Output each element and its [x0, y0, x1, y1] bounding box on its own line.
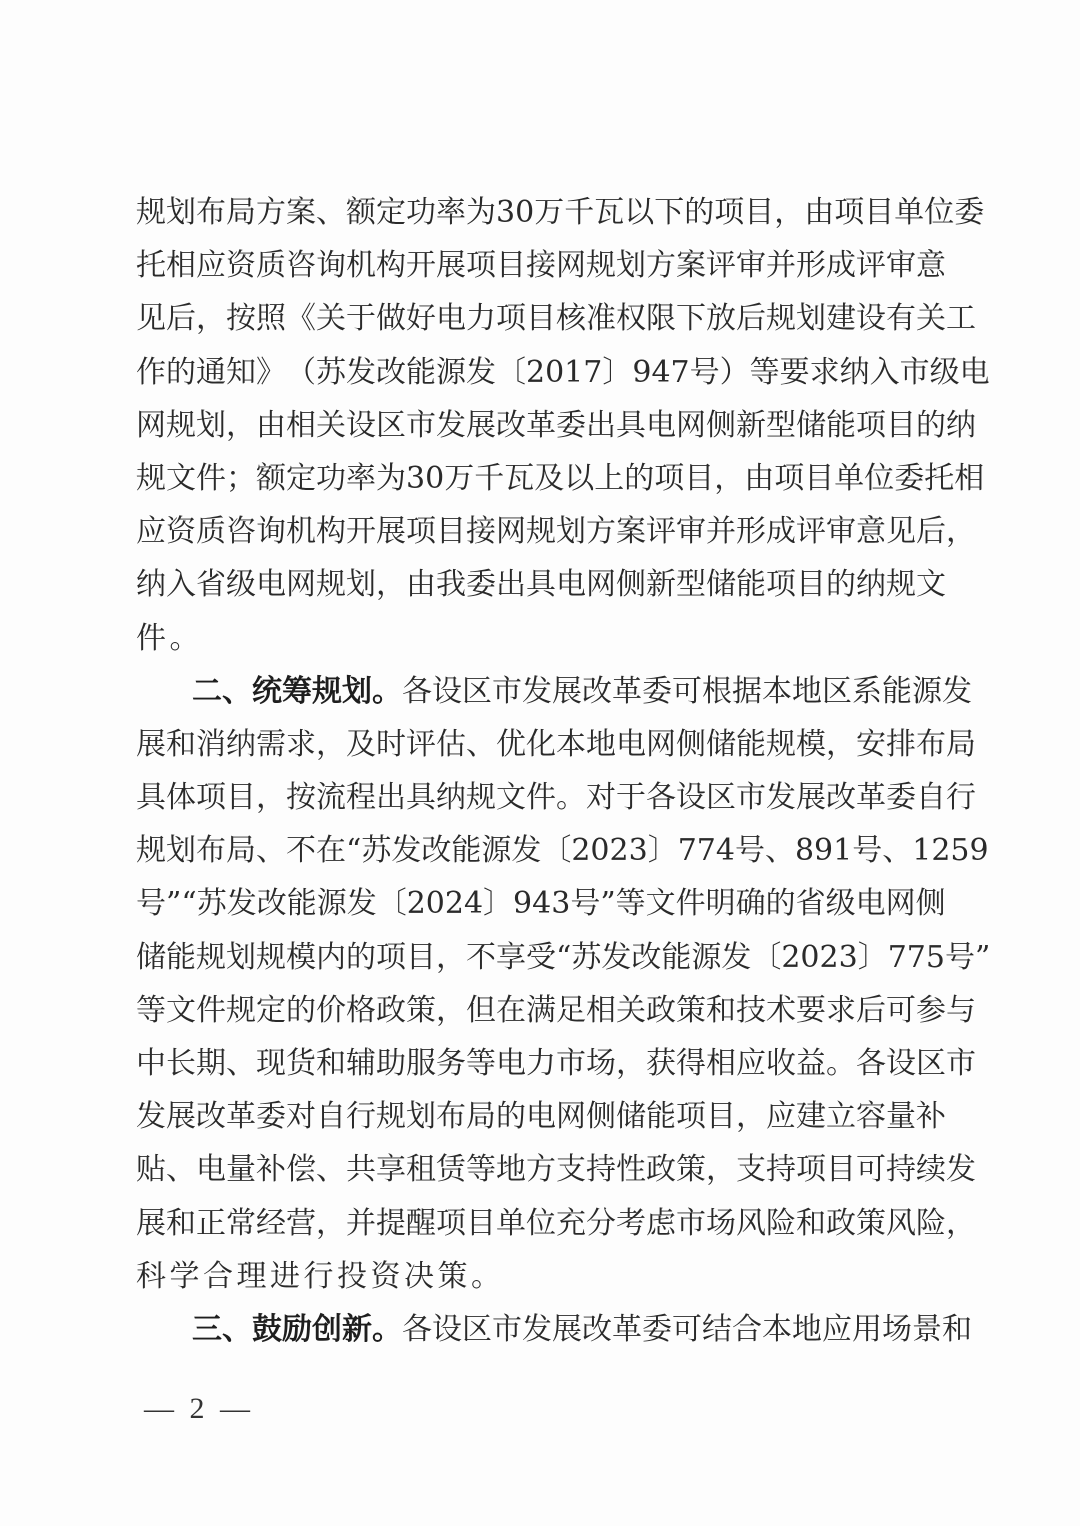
text-glyph: 应	[736, 1037, 766, 1090]
text-glyph: 设	[886, 1037, 916, 1090]
text-glyph: 展	[376, 505, 406, 558]
text-glyph: 应	[136, 505, 166, 558]
text-glyph: 案	[676, 239, 706, 292]
section-heading: 创	[312, 1303, 342, 1356]
text-glyph: 布	[436, 1090, 466, 1143]
text-glyph: 持	[586, 1143, 616, 1196]
text-glyph: 意	[856, 505, 886, 558]
text-glyph: ，	[706, 1143, 736, 1196]
text-line: 中长期、现货和辅助服务等电力市场，获得相应收益。各设区市	[136, 1037, 944, 1090]
text-glyph: 投	[337, 1250, 367, 1303]
text-glyph: 件	[526, 771, 556, 824]
text-glyph: 能	[661, 931, 691, 984]
text-glyph: 充	[556, 1197, 586, 1250]
text-glyph: 革	[856, 771, 886, 824]
text-glyph: 革	[612, 1303, 642, 1356]
text-glyph: 建	[796, 1090, 826, 1143]
text-glyph: 网	[646, 718, 676, 771]
text-glyph: 改	[376, 346, 406, 399]
text-line: 号”“苏发改能源发〔2024〕943号”等文件明确的省级电网侧	[136, 877, 944, 930]
text-glyph: 确	[736, 877, 766, 930]
text-glyph: 术	[766, 984, 796, 1037]
text-glyph: 目	[796, 558, 826, 611]
text-glyph: 享	[496, 931, 526, 984]
text-glyph: 在	[316, 824, 346, 877]
text-glyph: 关	[616, 984, 646, 1037]
text-glyph: 理	[237, 1250, 267, 1303]
text-glyph: 询	[316, 239, 346, 292]
text-glyph: 苏	[571, 931, 601, 984]
text-glyph: 接	[466, 505, 496, 558]
text-glyph: 市	[946, 1037, 976, 1090]
text-glyph: 消	[196, 718, 226, 771]
text-glyph: 级	[930, 346, 960, 399]
text-glyph: 电	[646, 399, 676, 452]
text-glyph: ”	[975, 931, 990, 984]
text-glyph: 规	[886, 558, 916, 611]
text-glyph: 展	[166, 1090, 196, 1143]
text-glyph: 目	[466, 1197, 496, 1250]
text-glyph: 新	[646, 558, 676, 611]
text-glyph: 质	[196, 505, 226, 558]
text-glyph: 发	[766, 771, 796, 824]
text-glyph: 千	[564, 186, 594, 239]
text-glyph: 规	[196, 931, 226, 984]
text-glyph: 助	[376, 1037, 406, 1090]
text-glyph: 模	[796, 718, 826, 771]
text-glyph: 系	[852, 665, 882, 718]
text-glyph: 网	[496, 505, 526, 558]
text-glyph: 〔	[496, 346, 526, 399]
text-glyph: 网	[886, 877, 916, 930]
text-glyph: 我	[436, 558, 466, 611]
text-glyph: 知	[226, 346, 256, 399]
text-glyph: 不	[286, 824, 316, 877]
text-glyph: 具	[616, 399, 646, 452]
text-glyph: 。	[170, 612, 200, 665]
text-glyph: 规	[526, 505, 556, 558]
text-glyph: 的	[766, 877, 796, 930]
text-glyph: 价	[316, 984, 346, 1037]
text-glyph: 文	[916, 558, 946, 611]
text-glyph: 划	[556, 505, 586, 558]
text-glyph: 设	[346, 399, 376, 452]
text-glyph: 后	[856, 984, 886, 1037]
text-glyph: 、	[765, 824, 795, 877]
text-glyph: 关	[316, 292, 346, 345]
text-glyph: 地	[586, 718, 616, 771]
text-glyph: 等	[136, 984, 166, 1037]
section-heading: 筹	[282, 665, 312, 718]
text-glyph: 苏	[361, 824, 391, 877]
text-glyph: 成	[766, 505, 796, 558]
text-glyph: 改	[196, 1090, 226, 1143]
text-glyph: 的	[916, 399, 946, 452]
text-glyph: 行	[346, 1090, 376, 1143]
text-glyph: 地	[792, 1303, 822, 1356]
section-heading-line: 二、统筹规划。各设区市发展改革委可根据本地区系能源发	[136, 665, 944, 718]
text-glyph: 发	[601, 931, 631, 984]
text-glyph: 案	[286, 186, 316, 239]
text-glyph: 774	[678, 824, 735, 877]
text-glyph: 常	[226, 1197, 256, 1250]
text-glyph: （	[286, 346, 316, 399]
text-glyph: 质	[256, 239, 286, 292]
section-heading: 三	[192, 1303, 222, 1356]
text-glyph: 形	[736, 505, 766, 558]
text-glyph: 分	[586, 1197, 616, 1250]
text-glyph: 机	[346, 239, 376, 292]
text-glyph: 的	[684, 186, 714, 239]
text-glyph: 地	[792, 665, 822, 718]
text-glyph: 〕	[483, 877, 513, 930]
text-glyph: 规	[466, 771, 496, 824]
text-glyph: 享	[376, 1143, 406, 1196]
text-glyph: 侧	[676, 718, 706, 771]
text-line: 应资质咨询机构开展项目接网规划方案评审并形成评审意见后，	[136, 505, 944, 558]
text-glyph: 划	[196, 399, 226, 452]
text-glyph: 目	[706, 1090, 736, 1143]
text-glyph: 项	[496, 292, 526, 345]
text-glyph: 能	[406, 346, 436, 399]
text-glyph: 市	[492, 665, 522, 718]
text-glyph: 策	[406, 984, 436, 1037]
text-glyph: 项	[654, 452, 684, 505]
text-glyph: 程	[346, 771, 376, 824]
text-line: 作的通知》（苏发改能源发〔2017〕947号）等要求纳入市级电	[136, 346, 944, 399]
text-glyph: 发	[946, 1143, 976, 1196]
text-glyph: 、	[256, 824, 286, 877]
text-glyph: ，	[376, 558, 406, 611]
section-heading-line: 三、鼓励创新。各设区市发展改革委可结合本地应用场景和	[136, 1303, 944, 1356]
text-line: 展和消纳需求，及时评估、优化本地电网侧储能规模，安排布局	[136, 718, 944, 771]
text-glyph: 划	[166, 824, 196, 877]
text-glyph: 开	[346, 505, 376, 558]
text-glyph: 电	[960, 346, 990, 399]
text-glyph: 纳	[136, 558, 166, 611]
text-glyph: 按	[286, 771, 316, 824]
text-glyph: 对	[286, 1090, 316, 1143]
text-glyph: 体	[166, 771, 196, 824]
text-glyph: ，	[774, 186, 804, 239]
text-glyph: 布	[196, 824, 226, 877]
text-glyph: 规	[376, 1090, 406, 1143]
text-glyph: 持	[886, 1143, 916, 1196]
text-glyph: 各	[856, 1037, 886, 1090]
text-glyph: 技	[736, 984, 766, 1037]
text-glyph: 发	[942, 665, 972, 718]
text-glyph: 场	[882, 1303, 912, 1356]
text-glyph: 合	[732, 1303, 762, 1356]
text-line: 托相应资质咨询机构开展项目接网规划方案评审并形成评审意	[136, 239, 944, 292]
text-glyph: 设	[432, 1303, 462, 1356]
text-glyph: 政	[646, 1143, 676, 1196]
text-glyph: 电	[436, 292, 466, 345]
text-glyph: 发	[522, 1303, 552, 1356]
text-glyph: 有	[886, 292, 916, 345]
document-page: 规划布局方案、额定功率为30万千瓦以下的项目，由项目单位委托相应资质咨询机构开展…	[0, 0, 1080, 1526]
text-glyph: 考	[616, 1197, 646, 1250]
text-glyph: 件	[676, 877, 706, 930]
text-glyph: 市	[736, 771, 766, 824]
text-glyph: 文	[646, 877, 676, 930]
text-glyph: 案	[616, 505, 646, 558]
text-glyph: 自	[916, 771, 946, 824]
text-glyph: 单	[894, 186, 924, 239]
text-glyph: 展	[552, 1303, 582, 1356]
text-glyph: 新	[736, 399, 766, 452]
text-glyph: 额	[256, 452, 286, 505]
text-glyph: 虑	[646, 1197, 676, 1250]
text-glyph: 估	[436, 718, 466, 771]
text-glyph: 权	[616, 292, 646, 345]
text-glyph: 的	[624, 452, 654, 505]
text-glyph: 醒	[406, 1197, 436, 1250]
text-glyph: 政	[376, 984, 406, 1037]
text-glyph: 后	[736, 292, 766, 345]
text-glyph: 革	[226, 1090, 256, 1143]
text-glyph: 电	[856, 877, 886, 930]
text-glyph: 各	[402, 665, 432, 718]
text-glyph: 务	[436, 1037, 466, 1090]
text-glyph: ，	[436, 931, 466, 984]
text-glyph: 委	[556, 399, 586, 452]
text-glyph: 〔	[751, 931, 781, 984]
text-glyph: 电	[616, 718, 646, 771]
text-glyph: 展	[436, 239, 466, 292]
text-glyph: 储	[706, 558, 736, 611]
text-glyph: 安	[856, 718, 886, 771]
text-glyph: 发	[346, 346, 376, 399]
text-glyph: 率	[346, 452, 376, 505]
text-glyph: ”	[600, 877, 615, 930]
text-glyph: 目	[744, 186, 774, 239]
text-glyph: 策	[438, 1250, 468, 1303]
text-glyph: 设	[432, 665, 462, 718]
text-glyph: 但	[466, 984, 496, 1037]
text-glyph: 后	[916, 505, 946, 558]
text-glyph: 关	[916, 292, 946, 345]
text-glyph: ，	[316, 718, 346, 771]
text-glyph: 局	[226, 824, 256, 877]
text-glyph: 区	[706, 771, 736, 824]
text-glyph: 量	[226, 1143, 256, 1196]
text-glyph: 等	[466, 1143, 496, 1196]
text-glyph: 下	[654, 186, 684, 239]
text-glyph: 》	[256, 346, 286, 399]
text-glyph: 做	[376, 292, 406, 345]
text-glyph: 按	[226, 292, 256, 345]
text-glyph: 改	[496, 399, 526, 452]
text-glyph: 开	[406, 239, 436, 292]
text-glyph: 划	[406, 1090, 436, 1143]
text-glyph: 区	[462, 665, 492, 718]
text-glyph: 储	[706, 718, 736, 771]
text-glyph: 委	[642, 665, 672, 718]
text-glyph: 期	[196, 1037, 226, 1090]
text-glyph: 项	[856, 399, 886, 452]
text-glyph: 件	[196, 984, 226, 1037]
text-glyph: 项	[766, 558, 796, 611]
text-glyph: 定	[286, 452, 316, 505]
text-glyph: 策	[676, 984, 706, 1037]
text-line: 发展改革委对自行规划布局的电网侧储能项目，应建立容量补	[136, 1090, 944, 1143]
text-glyph: 在	[496, 984, 526, 1037]
text-glyph: 接	[526, 239, 556, 292]
text-glyph: 改	[582, 1303, 612, 1356]
text-glyph: 目	[226, 771, 256, 824]
text-glyph: 足	[556, 984, 586, 1037]
text-glyph: 侧	[916, 877, 946, 930]
text-glyph: 、	[226, 1037, 256, 1090]
text-glyph: 展	[136, 718, 166, 771]
text-glyph: 支	[556, 1143, 586, 1196]
text-glyph: ，	[736, 1090, 766, 1143]
document-body: 规划布局方案、额定功率为30万千瓦以下的项目，由项目单位委托相应资质咨询机构开展…	[136, 186, 944, 1356]
text-glyph: 可	[856, 1143, 886, 1196]
text-glyph: 纳	[226, 718, 256, 771]
text-glyph: 根	[702, 665, 732, 718]
text-glyph: 规	[766, 292, 796, 345]
text-glyph: 项	[406, 505, 436, 558]
text-glyph: 省	[796, 877, 826, 930]
text-glyph: 用	[852, 1303, 882, 1356]
text-glyph: 补	[916, 1090, 946, 1143]
section-heading: 励	[282, 1303, 312, 1356]
text-glyph: 委	[954, 186, 984, 239]
text-glyph: 可	[672, 1303, 702, 1356]
text-glyph: 划	[796, 292, 826, 345]
text-glyph: 区	[376, 399, 406, 452]
text-glyph: 本	[762, 1303, 792, 1356]
text-glyph: 。	[826, 1037, 856, 1090]
text-glyph: 优	[496, 718, 526, 771]
text-glyph: 照	[256, 292, 286, 345]
text-glyph: 贴	[136, 1143, 166, 1196]
text-glyph: 工	[946, 292, 976, 345]
text-line: 纳入省级电网规划，由我委出具电网侧新型储能项目的纳规文	[136, 558, 944, 611]
text-glyph: 891	[795, 824, 852, 877]
text-glyph: 源	[317, 877, 347, 930]
text-glyph: 方	[646, 239, 676, 292]
text-glyph: 侧	[586, 1090, 616, 1143]
text-glyph: 本	[556, 718, 586, 771]
text-line: 具体项目，按流程出具纳规文件。对于各设区市发展改革委自行	[136, 771, 944, 824]
text-glyph: 模	[286, 931, 316, 984]
text-glyph: 苏	[316, 346, 346, 399]
text-glyph: 下	[676, 292, 706, 345]
text-glyph: 。	[471, 1250, 501, 1303]
text-glyph: 行	[304, 1250, 334, 1303]
text-glyph: 托	[136, 239, 166, 292]
text-glyph: 的	[166, 346, 196, 399]
section-heading: 。	[372, 1303, 402, 1356]
text-glyph: 网	[556, 1090, 586, 1143]
text-glyph: 及	[534, 452, 564, 505]
text-line: 储能规划规模内的项目，不享受“苏发改能源发〔2023〕775号”	[136, 931, 944, 984]
text-glyph: 30	[406, 452, 444, 505]
text-glyph: 发	[522, 665, 552, 718]
text-glyph: 中	[136, 1037, 166, 1090]
text-glyph: 千	[474, 452, 504, 505]
text-glyph: “	[556, 931, 571, 984]
text-glyph: 目	[436, 505, 466, 558]
text-glyph: 、	[882, 824, 912, 877]
text-glyph: 由	[256, 399, 286, 452]
text-glyph: 源	[481, 824, 511, 877]
text-glyph: ，	[946, 1197, 976, 1250]
text-glyph: 号	[945, 931, 975, 984]
text-glyph: 支	[736, 1143, 766, 1196]
text-glyph: 目	[406, 931, 436, 984]
text-glyph: 委	[256, 1090, 286, 1143]
text-glyph: 力	[526, 1037, 556, 1090]
text-glyph: 电	[196, 1143, 226, 1196]
text-glyph: 储	[136, 931, 166, 984]
section-heading: 新	[342, 1303, 372, 1356]
text-glyph: 策	[676, 1143, 706, 1196]
text-glyph: 相	[166, 239, 196, 292]
text-glyph: 能	[287, 877, 317, 930]
text-glyph: 续	[916, 1143, 946, 1196]
text-glyph: 相	[586, 984, 616, 1037]
text-glyph: 具	[526, 558, 556, 611]
text-glyph: 评	[406, 718, 436, 771]
text-glyph: 入	[166, 558, 196, 611]
text-glyph: 革	[526, 399, 556, 452]
text-glyph: 划	[226, 931, 256, 984]
text-glyph: 型	[766, 399, 796, 452]
text-glyph: 和	[796, 1197, 826, 1250]
text-glyph: 功	[406, 186, 436, 239]
text-line: 等文件规定的价格政策，但在满足相关政策和技术要求后可参与	[136, 984, 944, 1037]
text-glyph: 政	[646, 984, 676, 1037]
text-glyph: 机	[286, 505, 316, 558]
text-glyph: 目	[526, 292, 556, 345]
text-glyph: 源	[691, 931, 721, 984]
text-glyph: 规	[586, 239, 616, 292]
text-glyph: 号	[570, 877, 600, 930]
text-glyph: 规	[136, 452, 166, 505]
text-glyph: 益	[796, 1037, 826, 1090]
text-glyph: 区	[462, 1303, 492, 1356]
text-glyph: 以	[564, 452, 594, 505]
text-glyph: 发	[436, 399, 466, 452]
text-glyph: 场	[706, 1197, 736, 1250]
text-glyph: 项	[676, 1090, 706, 1143]
text-glyph: ，	[946, 505, 976, 558]
text-glyph: 服	[406, 1037, 436, 1090]
text-glyph: 、	[316, 1143, 346, 1196]
text-glyph: 构	[316, 505, 346, 558]
text-glyph: 瓦	[594, 186, 624, 239]
section-heading: 二	[192, 665, 222, 718]
text-glyph: 区	[916, 1037, 946, 1090]
text-glyph: 时	[376, 718, 406, 771]
text-glyph: 万	[534, 186, 564, 239]
text-glyph: 2024	[407, 877, 483, 930]
text-glyph: 好	[406, 292, 436, 345]
text-glyph: 项	[714, 186, 744, 239]
text-glyph: 出	[586, 399, 616, 452]
text-glyph: 革	[612, 665, 642, 718]
text-glyph: 方	[256, 186, 286, 239]
section-heading: 、	[222, 1303, 252, 1356]
text-glyph: 目	[826, 1143, 856, 1196]
text-glyph: 形	[796, 239, 826, 292]
text-glyph: 经	[256, 1197, 286, 1250]
text-glyph: 设	[856, 292, 886, 345]
